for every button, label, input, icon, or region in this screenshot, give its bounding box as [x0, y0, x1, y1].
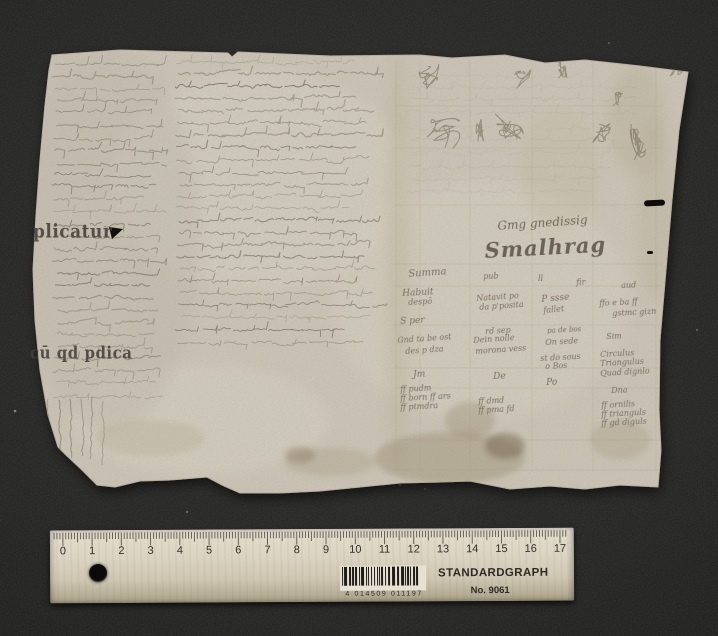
ruler-number: 11: [373, 544, 397, 556]
ruler-number: 5: [197, 544, 221, 556]
ruler-number: 4: [168, 545, 192, 557]
ruler-number: 1: [80, 545, 104, 557]
ruler-number: 15: [489, 543, 513, 555]
barcode: 4 014509 011197: [340, 565, 428, 597]
ruler-number: 10: [343, 544, 367, 556]
ruler-number: 2: [109, 545, 133, 557]
ruler-number: 17: [548, 543, 572, 555]
ruler-number: 12: [402, 543, 426, 555]
photo-stage: plicatur cū qd pdica Gmg gnedissig Smalh…: [0, 0, 718, 636]
ruler-number: 8: [285, 544, 309, 556]
ruler-brand: STANDARDGRAPH: [438, 567, 538, 580]
ruler-number: 6: [226, 544, 250, 556]
ruler-hanging-hole: [89, 564, 107, 582]
barcode-bars: [340, 565, 426, 590]
ruler-model-number: No. 9061: [440, 585, 540, 597]
ruler-number: 14: [460, 543, 484, 555]
ruler-number: 9: [314, 544, 338, 556]
ruler-number: 13: [431, 543, 455, 555]
ruler-number: 7: [256, 544, 280, 556]
ruler-number: 16: [519, 543, 543, 555]
ruler-number: 3: [139, 545, 163, 557]
ruler: 01234567891011121314151617 4 014509 0111…: [50, 528, 574, 604]
ruler-number: 0: [51, 545, 75, 557]
barcode-digits: 4 014509 011197: [340, 590, 428, 597]
ruler-scale-numbers: 01234567891011121314151617: [50, 543, 574, 560]
